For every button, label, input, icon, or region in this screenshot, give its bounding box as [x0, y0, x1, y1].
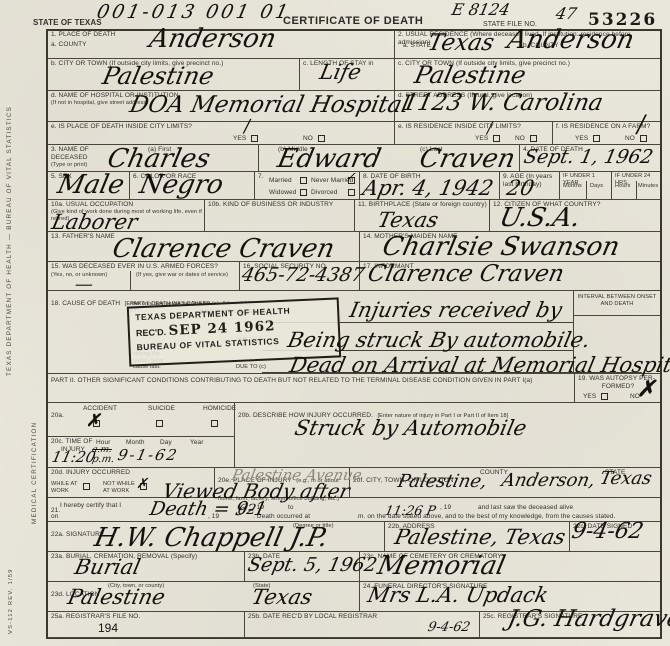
hw-sex: Male — [55, 172, 126, 198]
armed-forces-sub2: (If yes, give war or dates of service) — [136, 272, 228, 279]
hw-race: Negro — [137, 172, 225, 198]
hw-birthplace: Texas — [376, 210, 440, 231]
hw-armed-forces: — — [73, 276, 95, 294]
margin-form-number: VS-112 REV. 1/59 — [8, 546, 14, 634]
hw-length-of-stay: Life — [318, 62, 363, 83]
hw-date-of-death: Sept. 1, 1962 — [522, 148, 655, 167]
hw-date-recd: 9-4-62 — [427, 621, 472, 634]
hw-informant: Clarence Craven — [366, 263, 567, 286]
mark-res-limits-yes: ∕ — [487, 118, 492, 137]
margin-department-label: TEXAS DEPARTMENT OF HEALTH — BUREAU OF V… — [6, 108, 13, 376]
name-divider — [258, 145, 259, 172]
field-business-industry: 10b. KIND OF BUSINESS OR INDUSTRY — [205, 200, 355, 232]
mark-not-while-at-work: ✗ — [136, 476, 148, 492]
hw-certifier-signature: H.W. Chappell J.P. — [92, 525, 330, 551]
hw-location-state: Texas — [250, 587, 314, 608]
field-certify-statement: 21. I hereby certify that I , 19 to , 19… — [48, 498, 660, 522]
widowed-label: Widowed — [269, 189, 296, 197]
yes-label: YES — [583, 393, 596, 401]
occupation-label: 10a. USUAL OCCUPATION — [51, 201, 202, 209]
checkbox-death-limits-no — [318, 135, 325, 142]
not-while-at-work-label: NOT WHILE AT WORK — [103, 481, 135, 494]
field-part2-conditions: PART II. OTHER SIGNIFICANT CONDITIONS CO… — [48, 374, 575, 403]
hw-injury-state: Texas — [598, 470, 653, 488]
hw-residence-state: Texas — [426, 32, 497, 55]
hw-cause-c: Dead on Arrival at Memorial Hospital — [288, 355, 670, 376]
checkbox-homicide — [211, 420, 218, 427]
homicide-label: HOMICIDE — [203, 405, 236, 413]
checkbox-suicide — [156, 420, 163, 427]
no-label: NO — [515, 135, 525, 143]
checkbox-death-limits-yes — [251, 135, 258, 142]
hw-cause-a: Injuries received by — [348, 300, 564, 321]
checkbox-married — [300, 177, 307, 184]
field-registrar-file-no: 25a. REGISTRAR'S FILE NO. — [48, 612, 245, 638]
residence-city-limits-label: e. IS RESIDENCE INSIDE CITY LIMITS? — [398, 123, 550, 131]
hw-funeral-director-signature: Mrs L.A. Updack — [366, 585, 550, 606]
field-residence-farm: f. IS RESIDENCE ON A FARM? YES NO ∕ — [553, 122, 660, 145]
armed-forces-label: 15. WAS DECEASED EVER IN U.S. ARMED FORC… — [51, 263, 237, 271]
margin-medical-certification-label: MEDICAL CERTIFICATION — [31, 352, 38, 524]
certificate-title: CERTIFICATE OF DEATH — [283, 15, 423, 27]
name-sublabel: (Type or print) — [51, 162, 109, 169]
minutes-label: Minutes — [638, 183, 658, 190]
hw-death-city: Palestine — [100, 64, 216, 88]
hw-registration-code: 001-013 001 01 — [95, 3, 293, 22]
stamp-date: SEP 24 1962 — [168, 318, 276, 339]
interval-label: INTERVAL BETWEEN ONSET AND DEATH — [574, 291, 660, 307]
mark-accident: ✗ — [86, 411, 100, 431]
certify-19b: , 19 — [440, 504, 451, 512]
checkbox-res-limits-yes — [493, 135, 500, 142]
certify-on: on — [51, 513, 58, 521]
hw-first-name: Charles — [105, 146, 212, 172]
field-accident-suicide-homicide: 20a. ACCIDENT SUICIDE HOMICIDE ✗ — [48, 403, 235, 437]
hw-occupation: Laborer — [50, 212, 140, 233]
hw-age: 20 — [505, 178, 536, 199]
hw-injury-county: Anderson, — [500, 472, 597, 490]
hw-how-injury-occurred: Struck by Automobile — [293, 418, 529, 439]
checkbox-autopsy-yes — [601, 393, 608, 400]
death-certificate-scan: STATE OF TEXAS 001-013 001 01 CERTIFICAT… — [0, 0, 670, 646]
mark-farm-no: ∕ — [637, 110, 645, 138]
hw-dob: Apr. 4, 1942 — [361, 178, 495, 199]
hw-cemetery: Memorial — [375, 553, 507, 579]
hw-injury-city: Palestine, — [396, 473, 488, 491]
state-of-texas-label: STATE OF TEXAS — [33, 18, 102, 28]
due-to-c-label: DUE TO (c) — [236, 364, 266, 371]
certify-text-1: I hereby certify that I — [60, 502, 121, 510]
hours-minutes-divider — [636, 181, 637, 200]
mark-autopsy-no: ✗ — [637, 376, 655, 402]
hw-last-name: Craven — [417, 146, 517, 172]
year-label: Year — [190, 439, 204, 447]
no-label: NO — [303, 135, 313, 143]
hw-ssn: 465-72-4387 — [240, 266, 366, 285]
hw-injury-hour: 11:20 — [50, 450, 96, 465]
hw-date-signed: 9-4-62 — [570, 521, 646, 543]
hw-certify-year: 62 — [237, 503, 258, 517]
hw-residence-county: Anderson — [505, 27, 636, 53]
hw-cause-b: Being struck By automobile. — [286, 330, 592, 351]
hw-father-name: Clarence Craven — [110, 236, 337, 262]
hw-place-county: Anderson — [147, 26, 278, 52]
married-label: Married — [269, 177, 292, 185]
hw-certifier-address: Palestine, Texas — [393, 527, 567, 548]
months-days-divider — [586, 181, 587, 200]
hw-hospital: DOA Memorial Hospital — [128, 94, 412, 117]
armed-forces-divider — [130, 271, 131, 291]
certify-to: to — [288, 504, 294, 512]
hw-death-time: 11:26 P — [384, 505, 437, 518]
no-label: NO — [625, 135, 635, 143]
hw-burial-date: Sept. 5, 1962 — [246, 556, 379, 575]
divorced-label: Divorced — [311, 189, 337, 197]
checkbox-widowed — [300, 189, 307, 196]
hw-residence-city: Palestine — [412, 63, 528, 87]
months-label: Months — [563, 183, 582, 190]
checkbox-res-limits-no — [530, 135, 537, 142]
field-death-city-limits: e. IS PLACE OF DEATH INSIDE CITY LIMITS?… — [48, 122, 395, 145]
field-residence-city-limits: e. IS RESIDENCE INSIDE CITY LIMITS? YES … — [395, 122, 553, 145]
business-label: 10b. KIND OF BUSINESS OR INDUSTRY — [208, 201, 352, 209]
death-city-limits-label: e. IS PLACE OF DEATH INSIDE CITY LIMITS? — [51, 123, 392, 131]
hw-burial: Burial — [73, 557, 142, 578]
yes-label: YES — [575, 135, 588, 143]
field-autopsy: 19. WAS AUTOPSY PER- FORMED? YES NO ✗ — [575, 374, 660, 403]
while-at-work-label: WHILE AT WORK — [51, 481, 81, 494]
hw-registrar-signature: J.G. Hardgrave — [506, 608, 670, 631]
stamp-recd: REC'D. — [136, 327, 167, 338]
mark-death-limits-yes: ∕ — [244, 116, 250, 137]
hw-pm: p.m. — [91, 455, 115, 465]
registrar-file-no-label: 25a. REGISTRAR'S FILE NO. — [51, 613, 242, 621]
certify-text-2: and last saw the deceased alive — [478, 504, 573, 512]
days-label: Days — [590, 183, 603, 190]
interval-header-box: INTERVAL BETWEEN ONSET AND DEATH — [574, 291, 660, 316]
name-label: 3. NAME OF DECEASED — [51, 146, 109, 162]
hours-label: Hours — [615, 183, 630, 190]
field-marital-status: 7. Married Never Married Widowed Divorce… — [255, 172, 360, 200]
hw-street-address: 1123 W. Carolina — [401, 92, 605, 115]
suicide-label: SUICIDE — [148, 405, 175, 413]
hw-registrar-file-no: 194 — [98, 622, 118, 634]
hw-state-file-no: 47 — [554, 6, 578, 22]
hw-mother-name: Charlsie Swanson — [380, 234, 622, 260]
hw-file-prefix: E 8124 — [450, 2, 511, 18]
hw-location-city: Palestine — [66, 587, 167, 608]
hw-middle-name: Edward — [275, 146, 383, 172]
mark-never-married: ✓ — [345, 170, 356, 185]
checkbox-farm-yes — [593, 135, 600, 142]
injury-occurred-label: 20d. INJURY OCCURRED — [51, 469, 212, 477]
checkbox-while-at-work — [83, 483, 90, 490]
cause-of-death-label: 18. CAUSE OF DEATH — [51, 300, 120, 307]
hw-citizen: U.S.A. — [497, 205, 583, 231]
item-20a-label: 20a. — [51, 412, 64, 419]
checkbox-divorced — [348, 189, 355, 196]
hw-injury-date: 9-1-62 — [116, 448, 180, 463]
